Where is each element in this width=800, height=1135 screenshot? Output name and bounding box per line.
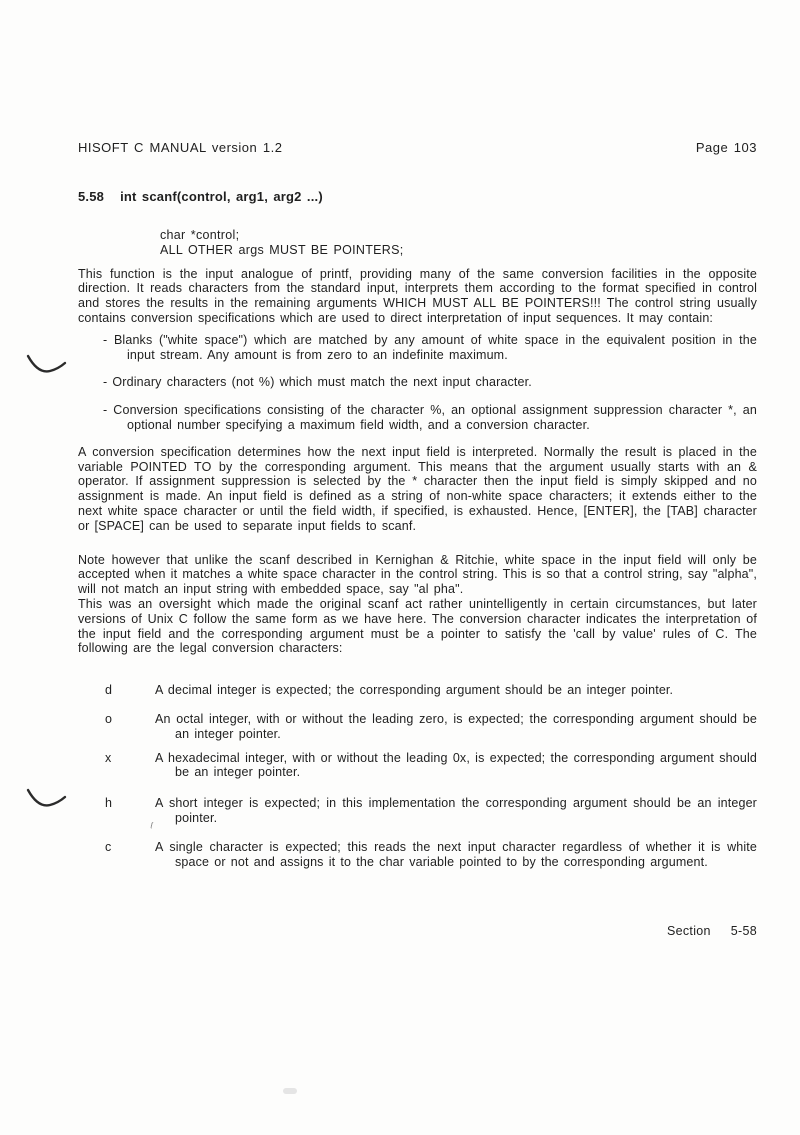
bullet-item: - Blanks ("white space") which are match… [78,333,757,363]
conversion-desc: A short integer is expected; in this imp… [155,796,757,826]
declaration-block: char *control; ALL OTHER args MUST BE PO… [160,228,757,258]
conversion-char: h [78,796,155,826]
paragraph-conversion-spec: A conversion specification determines ho… [78,445,757,534]
conversion-char: d [78,683,155,698]
stray-pen-tick [150,822,156,830]
conversion-item: d A decimal integer is expected; the cor… [78,683,757,698]
conversion-desc: A decimal integer is expected; the corre… [155,683,757,698]
footer-section-label: Section [667,924,711,939]
conversion-desc: A hexadecimal integer, with or without t… [155,751,757,781]
conversion-item: h A short integer is expected; in this i… [78,796,757,826]
declaration-line: char *control; [160,228,757,243]
conversion-item: o An octal integer, with or without the … [78,712,757,742]
bullet-item: - Conversion specifications consisting o… [78,403,757,433]
page-header: HISOFT C MANUAL version 1.2 Page 103 [78,141,757,156]
scan-smudge [283,1088,297,1094]
bullet-item: - Ordinary characters (not %) which must… [78,375,757,390]
page-footer: Section 5-58 [78,924,757,939]
conversion-char: x [78,751,155,781]
conversion-item: c A single character is expected; this r… [78,840,757,870]
conversion-desc: An octal integer, with or without the le… [155,712,757,742]
conversion-char: c [78,840,155,870]
conversion-desc: A single character is expected; this rea… [155,840,757,870]
paragraph-note-part2: This was an oversight which made the ori… [78,597,757,656]
paragraph-intro: This function is the input analogue of p… [78,267,757,326]
page-number: Page 103 [696,141,757,156]
paragraph-note-part1: Note however that unlike the scanf descr… [78,553,757,597]
paragraph-note: Note however that unlike the scanf descr… [78,553,757,657]
section-heading: 5.58 int scanf(control, arg1, arg2 ...) [78,190,757,205]
footer-section-number: 5-58 [731,924,757,939]
handwritten-margin-mark-icon [24,350,68,378]
function-signature: int scanf(control, arg1, arg2 ...) [120,190,323,205]
manual-page: HISOFT C MANUAL version 1.2 Page 103 5.5… [0,0,800,1135]
conversion-char: o [78,712,155,742]
handwritten-margin-mark-icon [24,784,68,812]
conversion-item: x A hexadecimal integer, with or without… [78,751,757,781]
manual-title: HISOFT C MANUAL version 1.2 [78,141,282,156]
declaration-line: ALL OTHER args MUST BE POINTERS; [160,243,757,258]
section-number: 5.58 [78,190,104,205]
bullet-list: - Blanks ("white space") which are match… [78,333,757,433]
